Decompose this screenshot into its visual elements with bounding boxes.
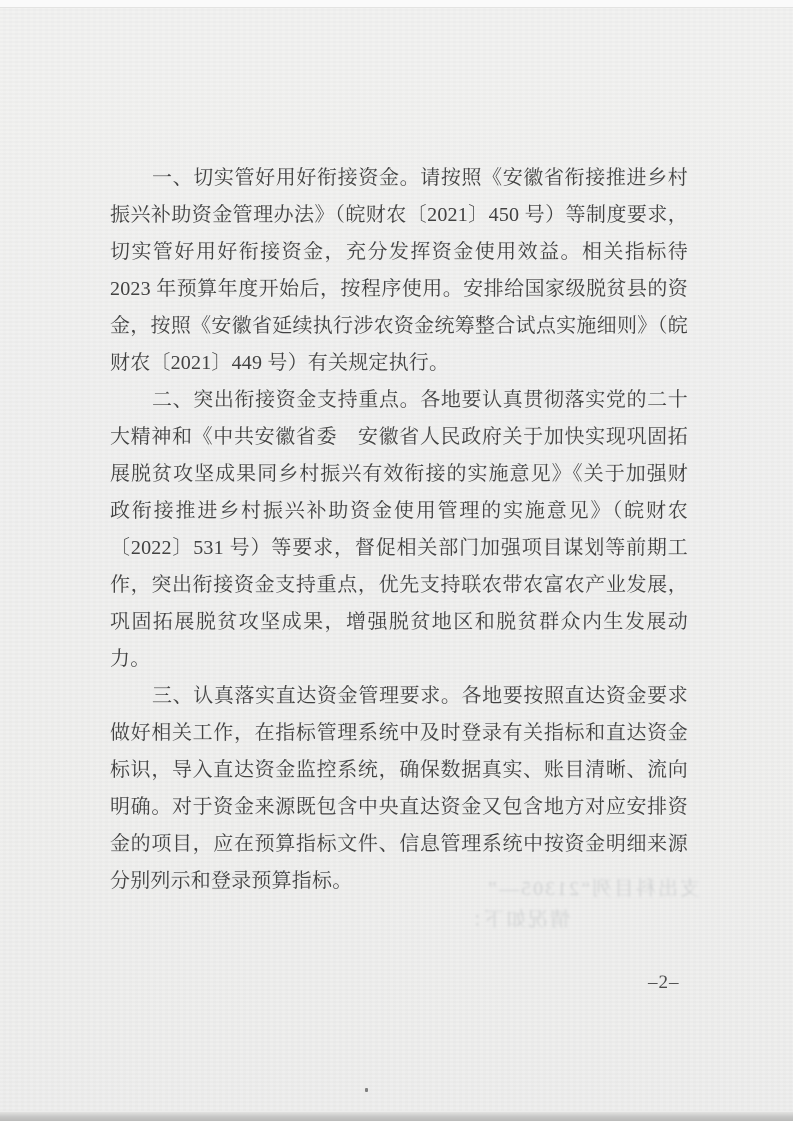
text-line: 二、突出衔接资金支持重点。各地要认真贯彻落实党的二十 <box>110 382 688 419</box>
text-line: 切实管好用好衔接资金，充分发挥资金使用效益。相关指标待 <box>110 234 688 271</box>
scan-edge-bottom <box>0 1111 793 1121</box>
paragraph: 一、切实管好用好衔接资金。请按照《安徽省衔接推进乡村振兴补助资金管理办法》（皖财… <box>110 160 688 382</box>
text-line: 金的项目，应在预算指标文件、信息管理系统中按资金明细来源 <box>110 826 688 863</box>
text-line: 三、认真落实直达资金管理要求。各地要按照直达资金要求 <box>110 678 688 715</box>
bleed-through-text: 情况如下： <box>430 903 570 932</box>
text-line: 分别列示和登录预算指标。 <box>110 863 688 900</box>
text-line: 〔2022〕531 号）等要求，督促相关部门加强项目谋划等前期工 <box>110 530 688 567</box>
scan-speck <box>365 1088 368 1092</box>
paragraph: 三、认真落实直达资金管理要求。各地要按照直达资金要求做好相关工作，在指标管理系统… <box>110 678 688 900</box>
text-line: 做好相关工作，在指标管理系统中及时登录有关指标和直达资金 <box>110 715 688 752</box>
paragraph: 二、突出衔接资金支持重点。各地要认真贯彻落实党的二十大精神和《中共安徽省委 安徽… <box>110 382 688 678</box>
scanned-document-page: 一、切实管好用好衔接资金。请按照《安徽省衔接推进乡村振兴补助资金管理办法》（皖财… <box>0 0 793 1121</box>
text-line: 政衔接推进乡村振兴补助资金使用管理的实施意见》（皖财农 <box>110 493 688 530</box>
text-line: 财农〔2021〕449 号）有关规定执行。 <box>110 345 688 382</box>
document-body: 一、切实管好用好衔接资金。请按照《安徽省衔接推进乡村振兴补助资金管理办法》（皖财… <box>110 160 688 900</box>
text-line: 作，突出衔接资金支持重点，优先支持联农带农富农产业发展， <box>110 567 688 604</box>
text-line: 一、切实管好用好衔接资金。请按照《安徽省衔接推进乡村 <box>110 160 688 197</box>
text-line: 大精神和《中共安徽省委 安徽省人民政府关于加快实现巩固拓 <box>110 419 688 456</box>
text-line: 明确。对于资金来源既包含中央直达资金又包含地方对应安排资 <box>110 789 688 826</box>
text-line: 振兴补助资金管理办法》（皖财农〔2021〕450 号）等制度要求， <box>110 197 688 234</box>
text-line: 2023 年预算年度开始后，按程序使用。安排给国家级脱贫县的资 <box>110 271 688 308</box>
text-line: 标识，导入直达资金监控系统，确保数据真实、账目清晰、流向 <box>110 752 688 789</box>
page-number: –2– <box>648 972 680 994</box>
text-line: 金，按照《安徽省延续执行涉农资金统筹整合试点实施细则》（皖 <box>110 308 688 345</box>
text-line: 力。 <box>110 641 688 678</box>
text-line: 巩固拓展脱贫攻坚成果，增强脱贫地区和脱贫群众内生发展动 <box>110 604 688 641</box>
scan-edge-top <box>0 0 793 8</box>
text-line: 展脱贫攻坚成果同乡村振兴有效衔接的实施意见》《关于加强财 <box>110 456 688 493</box>
